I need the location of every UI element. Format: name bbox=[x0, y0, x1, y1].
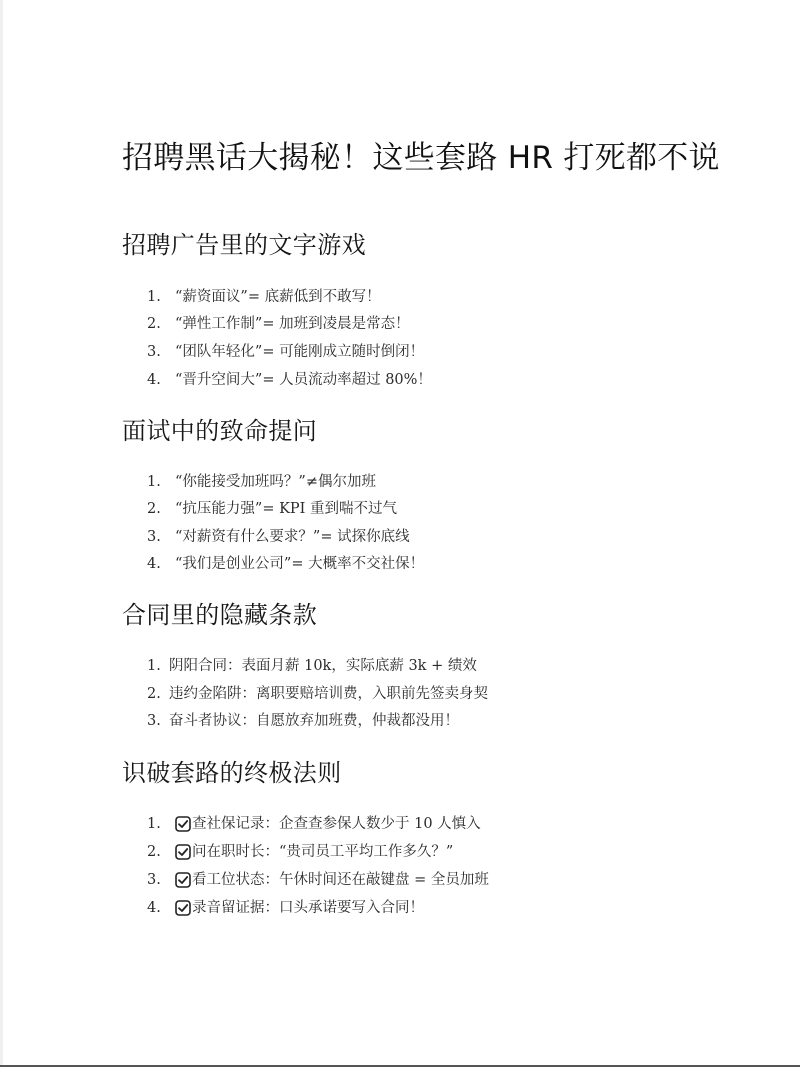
list-text: “对薪资有什么要求？”= 试探你底线 bbox=[175, 525, 410, 549]
list-item: 2.违约金陷阱：离职要赔培训费，入职前先签卖身契 bbox=[147, 682, 488, 706]
list-item: 4.“晋升空间大”= 人员流动率超过 80%！ bbox=[147, 368, 432, 392]
check-box-icon bbox=[175, 816, 191, 832]
list-item: 4. 录音留证据：口头承诺要写入合同！ bbox=[147, 896, 424, 920]
list-number: 4. bbox=[147, 552, 175, 576]
list-number: 4. bbox=[147, 896, 175, 920]
section-heading-contract-clauses: 合同里的隐藏条款 bbox=[122, 600, 317, 630]
list-number: 3. bbox=[147, 525, 175, 549]
list-number: 2. bbox=[147, 312, 175, 336]
list-item: 1. 查社保记录：企查查参保人数少于 10 人慎入 bbox=[147, 812, 481, 836]
check-box-icon bbox=[175, 872, 191, 888]
list-text: “你能接受加班吗？”≠偶尔加班 bbox=[175, 470, 376, 494]
check-box-icon bbox=[175, 900, 191, 916]
list-number: 3. bbox=[147, 709, 169, 733]
list-number: 2. bbox=[147, 497, 175, 521]
list-text: 录音留证据：口头承诺要写入合同！ bbox=[192, 896, 424, 920]
list-text: 奋斗者协议：自愿放弃加班费，仲裁都没用！ bbox=[169, 709, 459, 733]
check-box-icon bbox=[175, 844, 191, 860]
list-item: 1.“你能接受加班吗？”≠偶尔加班 bbox=[147, 470, 376, 494]
list-item: 3.“团队年轻化”= 可能刚成立随时倒闭！ bbox=[147, 340, 424, 364]
list-number: 2. bbox=[147, 840, 175, 864]
list-number: 1. bbox=[147, 285, 175, 309]
list-item: 2.“弹性工作制”= 加班到凌晨是常态！ bbox=[147, 312, 410, 336]
list-text: “晋升空间大”= 人员流动率超过 80%！ bbox=[175, 368, 432, 392]
list-item: 2. 问在职时长：“贵司员工平均工作多久？” bbox=[147, 840, 453, 864]
list-item: 1.阴阳合同：表面月薪 10k，实际底薪 3k + 绩效 bbox=[147, 654, 477, 678]
list-number: 1. bbox=[147, 654, 169, 678]
list-item: 3. 看工位状态：午休时间还在敲键盘 = 全员加班 bbox=[147, 868, 489, 892]
list-number: 2. bbox=[147, 682, 169, 706]
list-text: “我们是创业公司”= 大概率不交社保！ bbox=[175, 552, 424, 576]
list-text: “团队年轻化”= 可能刚成立随时倒闭！ bbox=[175, 340, 424, 364]
list-text: 看工位状态：午休时间还在敲键盘 = 全员加班 bbox=[192, 868, 489, 892]
list-number: 3. bbox=[147, 868, 175, 892]
list-number: 1. bbox=[147, 470, 175, 494]
list-text: “薪资面议”= 底薪低到不敢写！ bbox=[175, 285, 381, 309]
section-heading-recruitment-ads: 招聘广告里的文字游戏 bbox=[122, 230, 366, 260]
list-item: 4.“我们是创业公司”= 大概率不交社保！ bbox=[147, 552, 424, 576]
page-title: 招聘黑话大揭秘！这些套路 HR 打死都不说 bbox=[122, 138, 762, 178]
list-number: 4. bbox=[147, 368, 175, 392]
list-text: 问在职时长：“贵司员工平均工作多久？” bbox=[192, 840, 453, 864]
list-text: 阴阳合同：表面月薪 10k，实际底薪 3k + 绩效 bbox=[169, 654, 477, 678]
list-text: “弹性工作制”= 加班到凌晨是常态！ bbox=[175, 312, 410, 336]
list-text: 违约金陷阱：离职要赔培训费，入职前先签卖身契 bbox=[169, 682, 488, 706]
page-left-edge bbox=[0, 0, 3, 1067]
list-item: 1.“薪资面议”= 底薪低到不敢写！ bbox=[147, 285, 381, 309]
list-number: 3. bbox=[147, 340, 175, 364]
section-heading-interview-questions: 面试中的致命提问 bbox=[122, 416, 317, 446]
section-heading-ultimate-rules: 识破套路的终极法则 bbox=[122, 758, 342, 788]
list-number: 1. bbox=[147, 812, 175, 836]
list-item: 2.“抗压能力强”= KPI 重到喘不过气 bbox=[147, 497, 397, 521]
list-item: 3.“对薪资有什么要求？”= 试探你底线 bbox=[147, 525, 410, 549]
list-text: “抗压能力强”= KPI 重到喘不过气 bbox=[175, 497, 397, 521]
list-item: 3.奋斗者协议：自愿放弃加班费，仲裁都没用！ bbox=[147, 709, 459, 733]
list-text: 查社保记录：企查查参保人数少于 10 人慎入 bbox=[192, 812, 481, 836]
